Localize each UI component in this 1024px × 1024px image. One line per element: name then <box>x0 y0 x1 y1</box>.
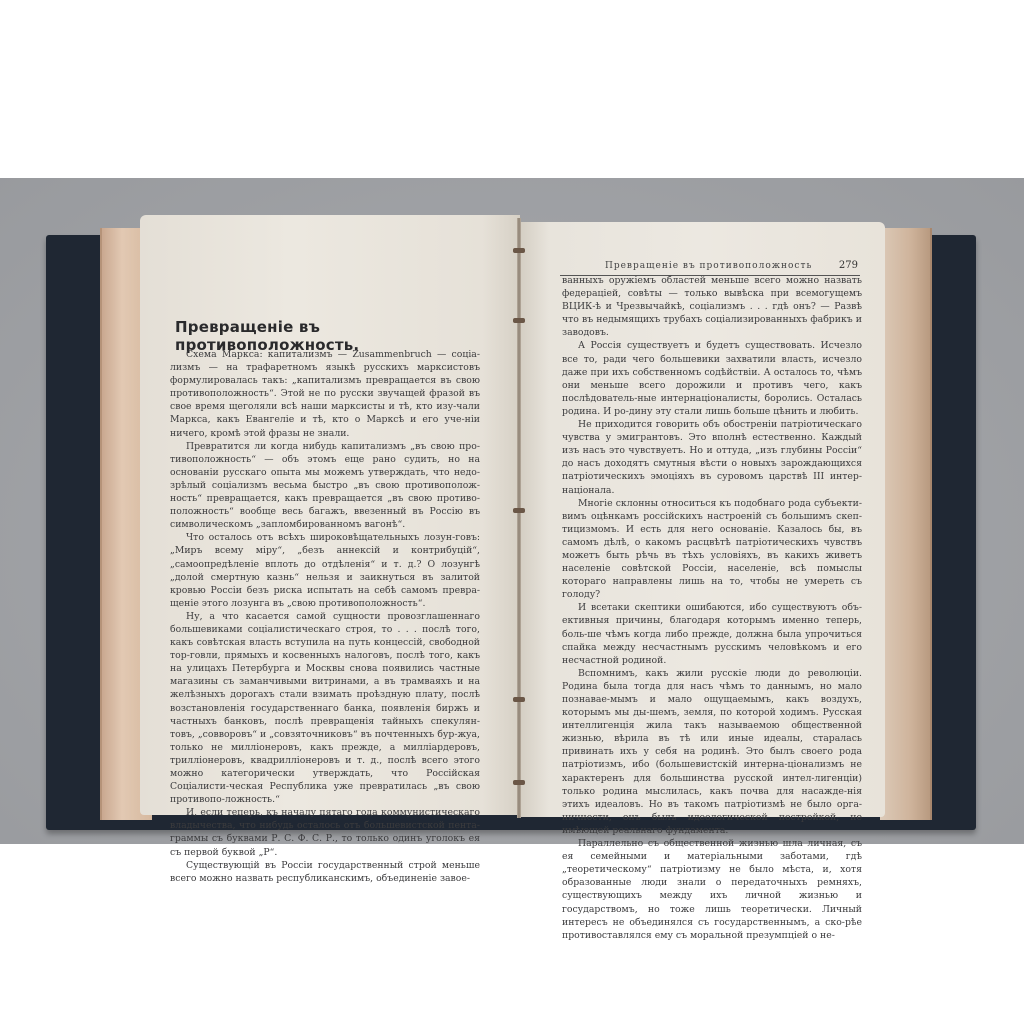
binding-stitch <box>513 318 525 323</box>
page-number: 279 <box>839 260 858 271</box>
paragraph: Превратится ли когда нибудь капитализмъ … <box>170 440 480 532</box>
right-page-body: ванныхъ оружіемъ областей меньше всего м… <box>562 274 862 942</box>
paragraph: Что осталось отъ всѣхъ широковѣщательных… <box>170 531 480 610</box>
paragraph: Вспомнимъ, какъ жили русскіе люди до рев… <box>562 667 862 837</box>
paragraph: Не приходится говорить объ обостреніи па… <box>562 418 862 497</box>
binding-stitch <box>513 508 525 513</box>
paragraph: ванныхъ оружіемъ областей меньше всего м… <box>562 274 862 339</box>
binding-stitch <box>513 248 525 253</box>
paragraph: И всетаки скептики ошибаются, ибо сущест… <box>562 601 862 666</box>
running-head-title: Превращеніе въ противоположность <box>605 261 812 271</box>
paragraph: А Россія существуетъ и будетъ существова… <box>562 339 862 418</box>
paragraph: Существующій въ Россіи государственный с… <box>170 859 480 885</box>
left-page-body: Схема Маркса: капитализмъ — Zusammenbruc… <box>170 348 480 885</box>
paragraph: Схема Маркса: капитализмъ — Zusammenbruc… <box>170 348 480 440</box>
book-gutter <box>517 218 521 818</box>
paragraph: Ну, а что касается самой сущности провоз… <box>170 610 480 806</box>
binding-stitch <box>513 697 525 702</box>
paragraph: Параллельно съ общественной жизнью шла л… <box>562 837 862 942</box>
paragraph: Многіе склонны относиться къ подобнаго р… <box>562 497 862 602</box>
binding-stitch <box>513 780 525 785</box>
right-page-edges <box>880 228 932 820</box>
paragraph: И, если теперь, къ началу пятаго года ко… <box>170 806 480 858</box>
